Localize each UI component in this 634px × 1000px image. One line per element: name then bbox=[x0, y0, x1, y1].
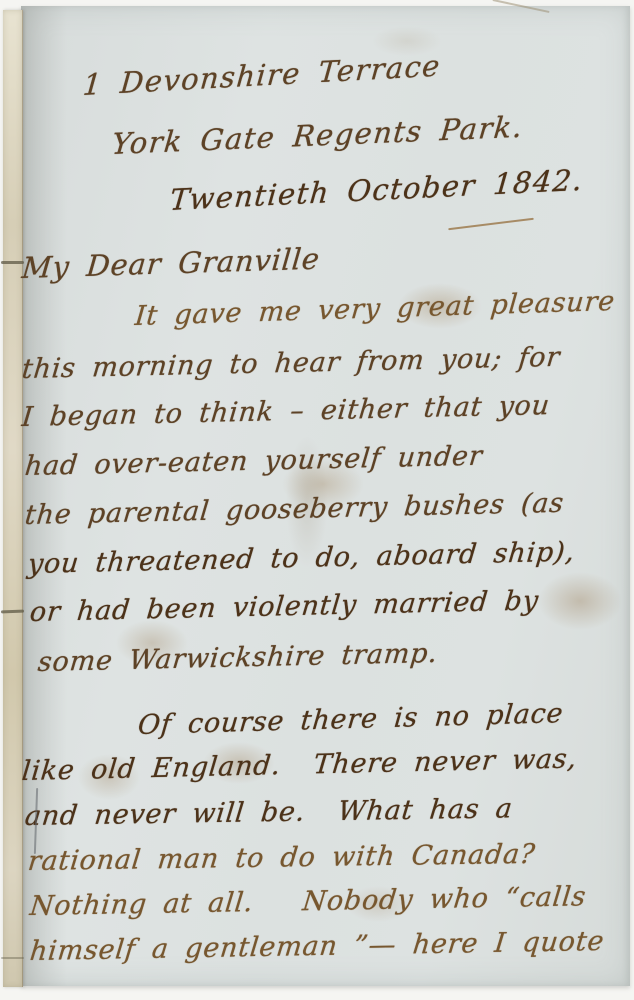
fold-shadow bbox=[21, 6, 67, 986]
crease-mark bbox=[1, 957, 24, 959]
crease-mark bbox=[1, 261, 24, 264]
previous-page-edge bbox=[3, 10, 23, 987]
scan-background: 1 Devonshire Terrace York Gate Regents P… bbox=[0, 0, 634, 1000]
